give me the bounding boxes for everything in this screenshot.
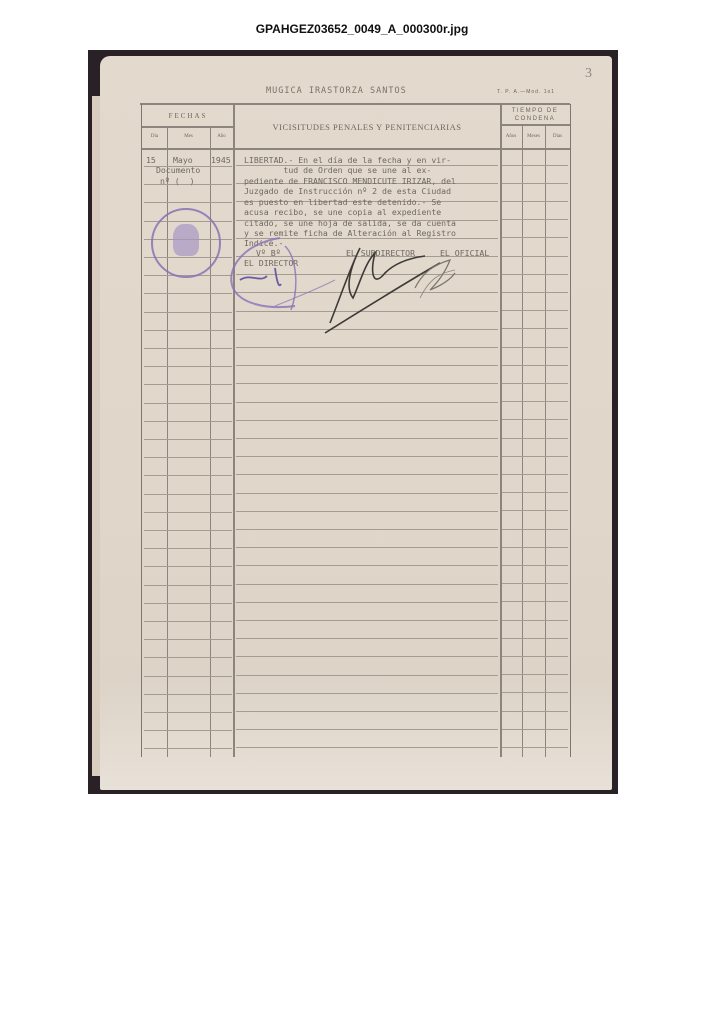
- ruled-line: [236, 711, 498, 712]
- entry-line: citado, se une hoja de salida, se da cue…: [244, 218, 456, 228]
- ruled-line: [236, 747, 498, 748]
- ruled-line: [236, 602, 498, 603]
- header-rule: [142, 126, 234, 128]
- ruled-line: [144, 748, 232, 749]
- ruled-line: [502, 656, 568, 657]
- entry-line: LIBERTAD.- En el día de la fecha y en vi…: [244, 155, 451, 165]
- ruled-line: [144, 312, 232, 313]
- ruled-line: [502, 729, 568, 730]
- ruled-line: [502, 401, 568, 402]
- ruled-line: [236, 402, 498, 403]
- ruled-line: [144, 384, 232, 385]
- ruled-line: [144, 712, 232, 713]
- entry-day: 15: [146, 155, 156, 165]
- col-divider: [233, 104, 235, 757]
- ruled-line: [144, 621, 232, 622]
- ruled-line: [502, 219, 568, 220]
- form-code: T. P. A.—Mod. 1o1: [497, 89, 555, 95]
- ruled-line: [502, 347, 568, 348]
- ruled-line: [502, 383, 568, 384]
- ano-header: Año: [210, 134, 233, 139]
- col-divider: [522, 126, 523, 757]
- col-divider: [500, 104, 502, 757]
- ruled-line: [144, 348, 232, 349]
- ruled-line: [502, 529, 568, 530]
- ruled-line: [236, 656, 498, 657]
- ruled-line: [236, 438, 498, 439]
- fechas-header: FECHAS: [142, 112, 234, 120]
- entry-line: tud de Orden que se une al ex-: [244, 165, 431, 175]
- ruled-line: [236, 693, 498, 694]
- ruled-line: [502, 547, 568, 548]
- ruled-line: [236, 547, 498, 548]
- ruled-line: [236, 638, 498, 639]
- ruled-line: [502, 201, 568, 202]
- document-number: nº ( ): [160, 176, 195, 186]
- vicisitudes-header: VICISITUDES PENALES Y PENITENCIARIAS: [234, 122, 500, 132]
- ruled-line: [144, 512, 232, 513]
- prisoner-name: MUGICA IRASTORZA SANTOS: [266, 86, 407, 96]
- ruled-line: [236, 620, 498, 621]
- anos-header: Años: [500, 134, 522, 139]
- ruled-line: [236, 365, 498, 366]
- ruled-line: [502, 601, 568, 602]
- ruled-line: [502, 583, 568, 584]
- ruled-line: [144, 421, 232, 422]
- ruled-line: [236, 383, 498, 384]
- ruled-line: [144, 403, 232, 404]
- ruled-line: [502, 674, 568, 675]
- dia-header: Día: [142, 134, 167, 139]
- col-divider: [545, 126, 546, 757]
- mes-header: Mes: [167, 134, 210, 139]
- ruled-line: [502, 692, 568, 693]
- ruled-line: [236, 584, 498, 585]
- ruled-line: [144, 694, 232, 695]
- ruled-line: [144, 530, 232, 531]
- ruled-line: [144, 730, 232, 731]
- document-label: Documento: [156, 165, 200, 175]
- entry-line: Juzgado de Instrucción nº 2 de esta Ciud…: [244, 186, 451, 196]
- ruled-line: [144, 439, 232, 440]
- ruled-line: [236, 511, 498, 512]
- file-name-title: GPAHGEZ03652_0049_A_000300r.jpg: [0, 22, 724, 36]
- ruled-line: [502, 492, 568, 493]
- ruled-line: [144, 657, 232, 658]
- ruled-line: [502, 419, 568, 420]
- ruled-line: [236, 420, 498, 421]
- ruled-line: [144, 566, 232, 567]
- dias-header: Días: [545, 134, 570, 139]
- ruled-line: [502, 620, 568, 621]
- signatures: [225, 228, 525, 338]
- ruled-line: [502, 456, 568, 457]
- ruled-line: [502, 165, 568, 166]
- ruled-line: [502, 747, 568, 748]
- ruled-line: [144, 202, 232, 203]
- ruled-line: [144, 366, 232, 367]
- meses-header: Meses: [522, 134, 545, 139]
- ruled-line: [236, 456, 498, 457]
- ruled-line: [236, 529, 498, 530]
- entry-line: es puesto en libertad este detenido.- Se: [244, 197, 441, 207]
- ruled-line: [144, 475, 232, 476]
- ruled-line: [502, 365, 568, 366]
- prison-stamp: [151, 208, 221, 278]
- page-number: 3: [585, 66, 592, 82]
- entry-line: pediente de FRANCISCO MENDICUTE IRIZAR, …: [244, 176, 456, 186]
- ruled-line: [144, 457, 232, 458]
- ruled-line: [144, 494, 232, 495]
- entry-month: Mayo: [173, 155, 193, 165]
- ruled-line: [502, 638, 568, 639]
- ruled-line: [144, 585, 232, 586]
- entry-line: acusa recibo, se une copia al expediente: [244, 207, 441, 217]
- ruled-line: [144, 639, 232, 640]
- ruled-line: [502, 474, 568, 475]
- ruled-line: [144, 548, 232, 549]
- ruled-line: [502, 711, 568, 712]
- ruled-line: [144, 293, 232, 294]
- ruled-line: [144, 603, 232, 604]
- ruled-line: [502, 438, 568, 439]
- ruled-line: [502, 565, 568, 566]
- header-rule: [500, 124, 570, 126]
- tiempo-condena-header: TIEMPO DE CONDENA: [500, 107, 570, 123]
- ruled-line: [144, 330, 232, 331]
- ruled-line: [236, 493, 498, 494]
- header-bottom-rule: [142, 148, 570, 150]
- ruled-line: [236, 729, 498, 730]
- entry-year: 1945: [211, 155, 231, 165]
- ruled-line: [144, 676, 232, 677]
- ruled-line: [236, 565, 498, 566]
- ruled-line: [502, 510, 568, 511]
- ruled-line: [502, 183, 568, 184]
- eagle-emblem-icon: [173, 224, 199, 256]
- ruled-line: [236, 347, 498, 348]
- ruled-line: [236, 474, 498, 475]
- ruled-line: [236, 675, 498, 676]
